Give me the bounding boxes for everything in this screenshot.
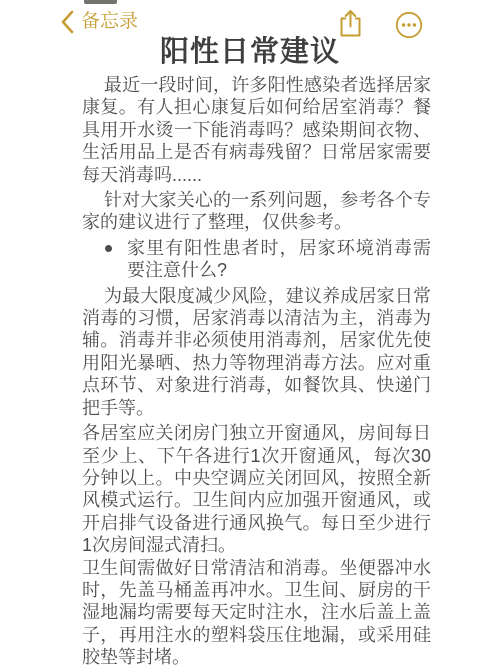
note-body[interactable]: 最近一段时间，许多阳性感染者选择居家康复。有人担心康复后如何给居室消毒？餐具用开… (82, 74, 431, 667)
back-button[interactable]: 备忘录 (61, 9, 138, 35)
bullet-list-item: 家里有阳性患者时，居家环境消毒需要注意什么? (105, 237, 431, 282)
back-button-label: 备忘录 (81, 9, 138, 35)
share-icon (338, 9, 363, 38)
note-title: 阳性日常建议 (0, 36, 500, 68)
paragraph-intro: 最近一段时间，许多阳性感染者选择居家康复。有人担心康复后如何给居室消毒？餐具用开… (82, 74, 431, 186)
bullet-item-text: 家里有阳性患者时，居家环境消毒需要注意什么? (127, 237, 431, 282)
paragraph-disinfection-habit: 为最大限度减少风险，建议养成居家日常消毒的习惯，居家消毒以清洁为主，消毒为辅。消… (82, 285, 431, 419)
bullet-marker-icon (105, 245, 112, 252)
share-button[interactable] (335, 7, 365, 39)
notes-app-screen: 备忘录 阳性日常建议 最近一段时 (0, 0, 500, 667)
paragraph-bathroom: 卫生间需做好日常清洁和消毒。坐便器冲水时，先盖马桶盖再冲水。卫生间、厨房的干湿地… (82, 557, 431, 667)
chevron-left-icon (61, 10, 74, 34)
paragraph-ventilation: 各居室应关闭房门独立开窗通风，房间每日至少上、下午各进行1次开窗通风，每次30分… (82, 422, 431, 556)
paragraph-summary: 针对大家关心的一系列问题，参考各个专家的建议进行了整理，仅供参考。 (82, 189, 431, 234)
ellipsis-circle-icon (395, 11, 423, 39)
